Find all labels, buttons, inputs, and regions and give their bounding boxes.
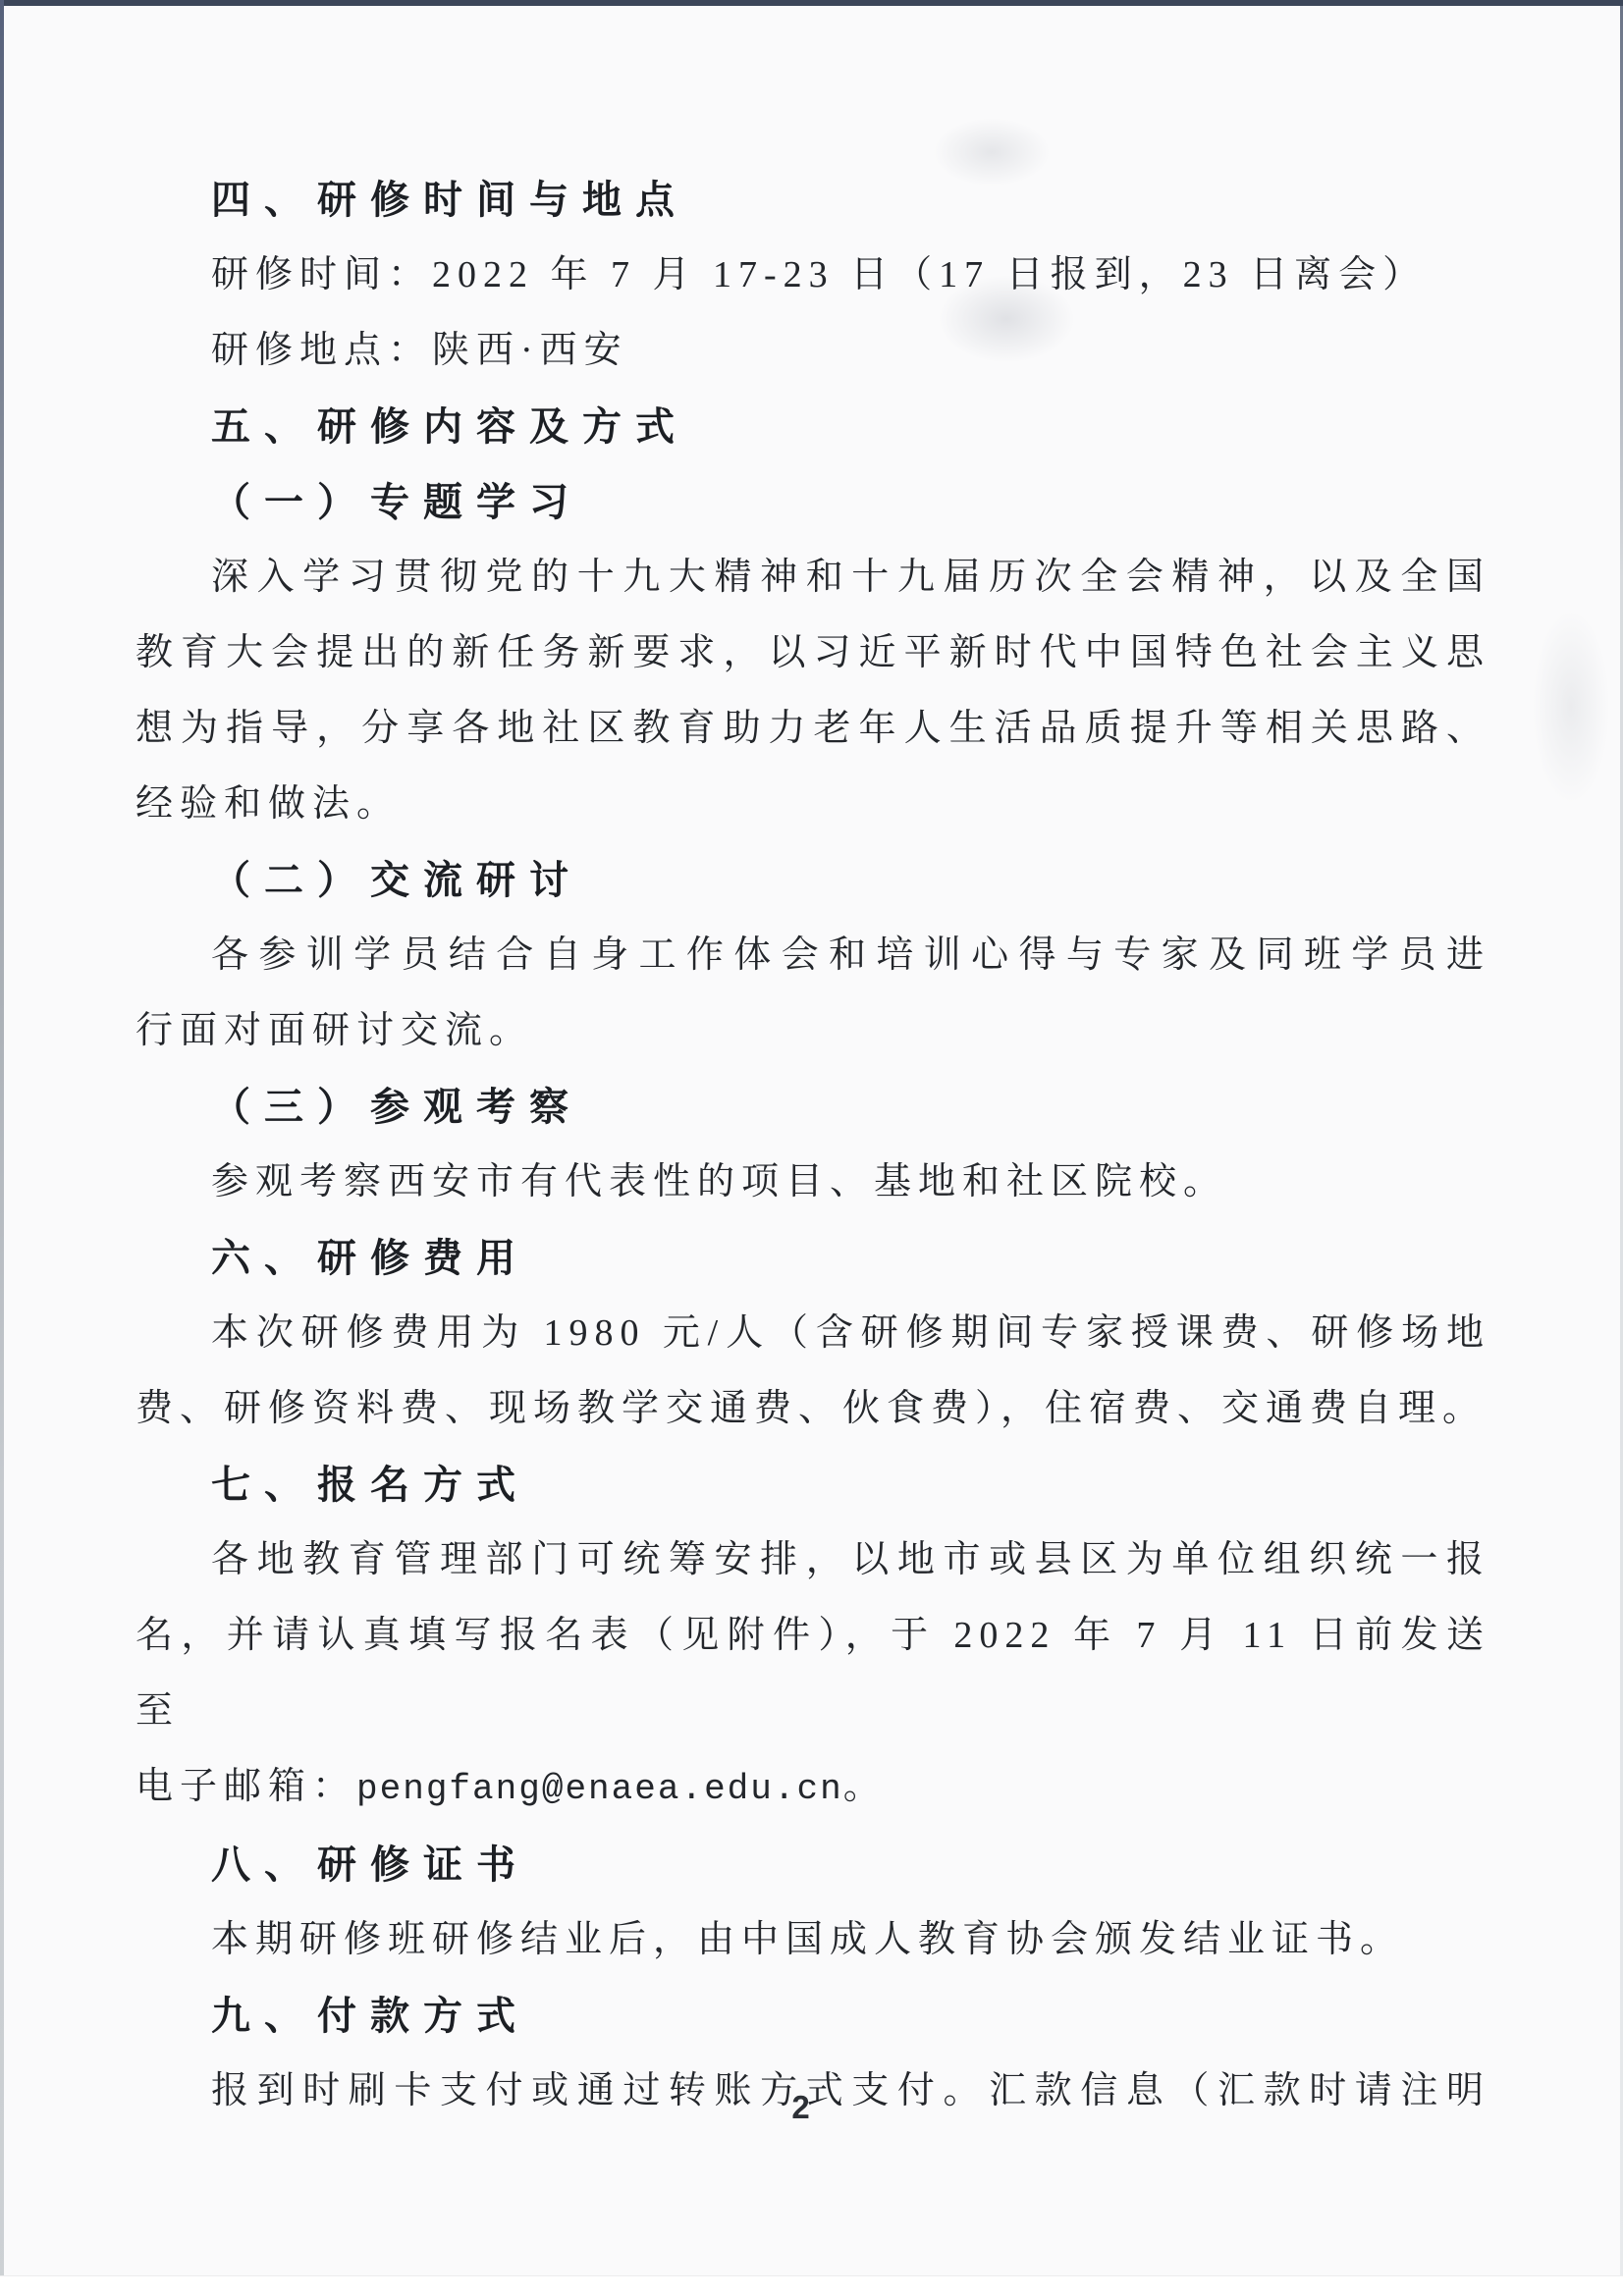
sub-heading: （一）专题学习: [135, 464, 1490, 540]
section-heading: 七、报名方式: [135, 1447, 1490, 1522]
document-page: 四、研修时间与地点研修时间：2022 年 7 月 17-23 日（17 日报到，…: [0, 0, 1623, 2296]
scanned-document-screenshot: { "page": { "number": "2" }, "document":…: [0, 0, 1623, 2296]
email-address: pengfang@enaea.edu.cn: [356, 1769, 843, 1809]
document-body: 四、研修时间与地点研修时间：2022 年 7 月 17-23 日（17 日报到，…: [135, 162, 1490, 2129]
text-line: 各参训学员结合自身工作体会和培训心得与专家及同班学员进: [135, 918, 1490, 993]
text-line: 本次研修费用为 1980 元/人（含研修期间专家授课费、研修场地: [135, 1296, 1490, 1371]
text-segment: 。: [843, 1766, 888, 1807]
text-line: 各地教育管理部门可统筹安排，以地市或县区为单位组织统一报: [135, 1522, 1490, 1598]
text-line: 研修时间：2022 年 7 月 17-23 日（17 日报到，23 日离会）: [135, 238, 1490, 313]
text-line: 参观考察西安市有代表性的项目、基地和社区院校。: [135, 1145, 1490, 1220]
section-heading: 五、研修内容及方式: [135, 389, 1490, 464]
text-segment: 电子邮箱：: [135, 1766, 356, 1807]
scan-edge-bottom: [0, 2275, 1623, 2296]
scan-edge-top: [0, 0, 1623, 6]
text-line: 想为指导，分享各地社区教育助力老年人生活品质提升等相关思路、: [135, 691, 1490, 767]
section-heading: 六、研修费用: [135, 1220, 1490, 1296]
text-line: 行面对面研讨交流。: [135, 993, 1490, 1069]
section-heading: 四、研修时间与地点: [135, 162, 1490, 238]
text-line: 教育大会提出的新任务新要求，以习近平新时代中国特色社会主义思: [135, 615, 1490, 691]
text-line: 费、研修资料费、现场教学交通费、伙食费），住宿费、交通费自理。: [135, 1371, 1490, 1447]
text-line: 名，并请认真填写报名表（见附件），于 2022 年 7 月 11 日前发送至: [135, 1598, 1490, 1749]
text-line: 本期研修班研修结业后，由中国成人教育协会颁发结业证书。: [135, 1902, 1490, 1978]
sub-heading: （二）交流研讨: [135, 842, 1490, 918]
section-heading: 九、付款方式: [135, 1978, 1490, 2054]
scan-artifact: [1532, 609, 1610, 805]
scan-edge-left: [0, 0, 4, 2296]
text-line: 研修地点：陕西·西安: [135, 313, 1490, 389]
page-number: 2: [0, 2089, 1601, 2126]
sub-heading: （三）参观考察: [135, 1069, 1490, 1145]
text-line: 经验和做法。: [135, 767, 1490, 842]
text-line: 深入学习贯彻党的十九大精神和十九届历次全会精神，以及全国: [135, 540, 1490, 615]
text-line: 电子邮箱：pengfang@enaea.edu.cn。: [135, 1749, 1490, 1827]
section-heading: 八、研修证书: [135, 1827, 1490, 1902]
